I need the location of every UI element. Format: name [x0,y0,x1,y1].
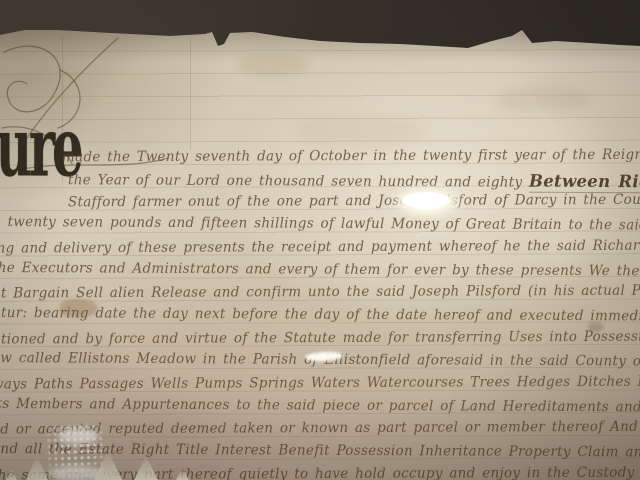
manuscript-line: ntioned and by force and virtue of the S… [0,328,640,351]
parchment: ure made the Twenty seventh day of Octob… [0,0,640,480]
manuscript-line: nt Bargain Sell alien Release and confir… [0,283,640,306]
ink-stain [588,322,604,332]
photograph: ure made the Twenty seventh day of Octob… [0,0,640,480]
script-text: nt Bargain Sell alien Release and confir… [0,283,640,302]
emphasized-script: Between Richard For [529,171,640,193]
ceiling-light-reflection-core [402,192,450,208]
parchment-stain [295,116,425,146]
script-text: Stafford farmer onut of the one part and… [68,192,640,211]
script-text: ing and delivery of these presents the r… [0,237,640,256]
script-text: the Executors and Administrators and eve… [0,260,640,280]
ink-stain [60,299,98,317]
script-text: h twenty seven pounds and fifteen shilli… [0,214,640,234]
manuscript-line: ways Paths Passages Wells Pumps Springs … [0,373,640,396]
manuscript-line: its Members and Appurtenances to the sai… [0,396,640,420]
parchment-stain [498,86,590,112]
script-text: ways Paths Passages Wells Pumps Springs … [0,373,640,392]
manuscript-line: h twenty seven pounds and fifteen shilli… [0,214,640,238]
manuscript-line: ing and delivery of these presents the r… [0,237,640,260]
parchment-stain [238,54,310,76]
script-text: ntioned and by force and virtue of the S… [0,328,640,347]
chandelier-glow [58,428,98,444]
manuscript-line: made the Twenty seventh day of October i… [62,147,640,170]
chandelier-glow [48,466,102,480]
script-text: made the Twenty seventh day of October i… [62,147,640,166]
script-text: the Year of our Lord one thousand seven … [68,172,529,190]
manuscript-line: the Executors and Administrators and eve… [0,260,640,284]
manuscript-line: the Year of our Lord one thousand seven … [68,169,640,192]
manuscript-line: Stafford farmer onut of the one part and… [68,192,640,215]
script-text: its Members and Appurtenances to the sai… [0,396,640,416]
